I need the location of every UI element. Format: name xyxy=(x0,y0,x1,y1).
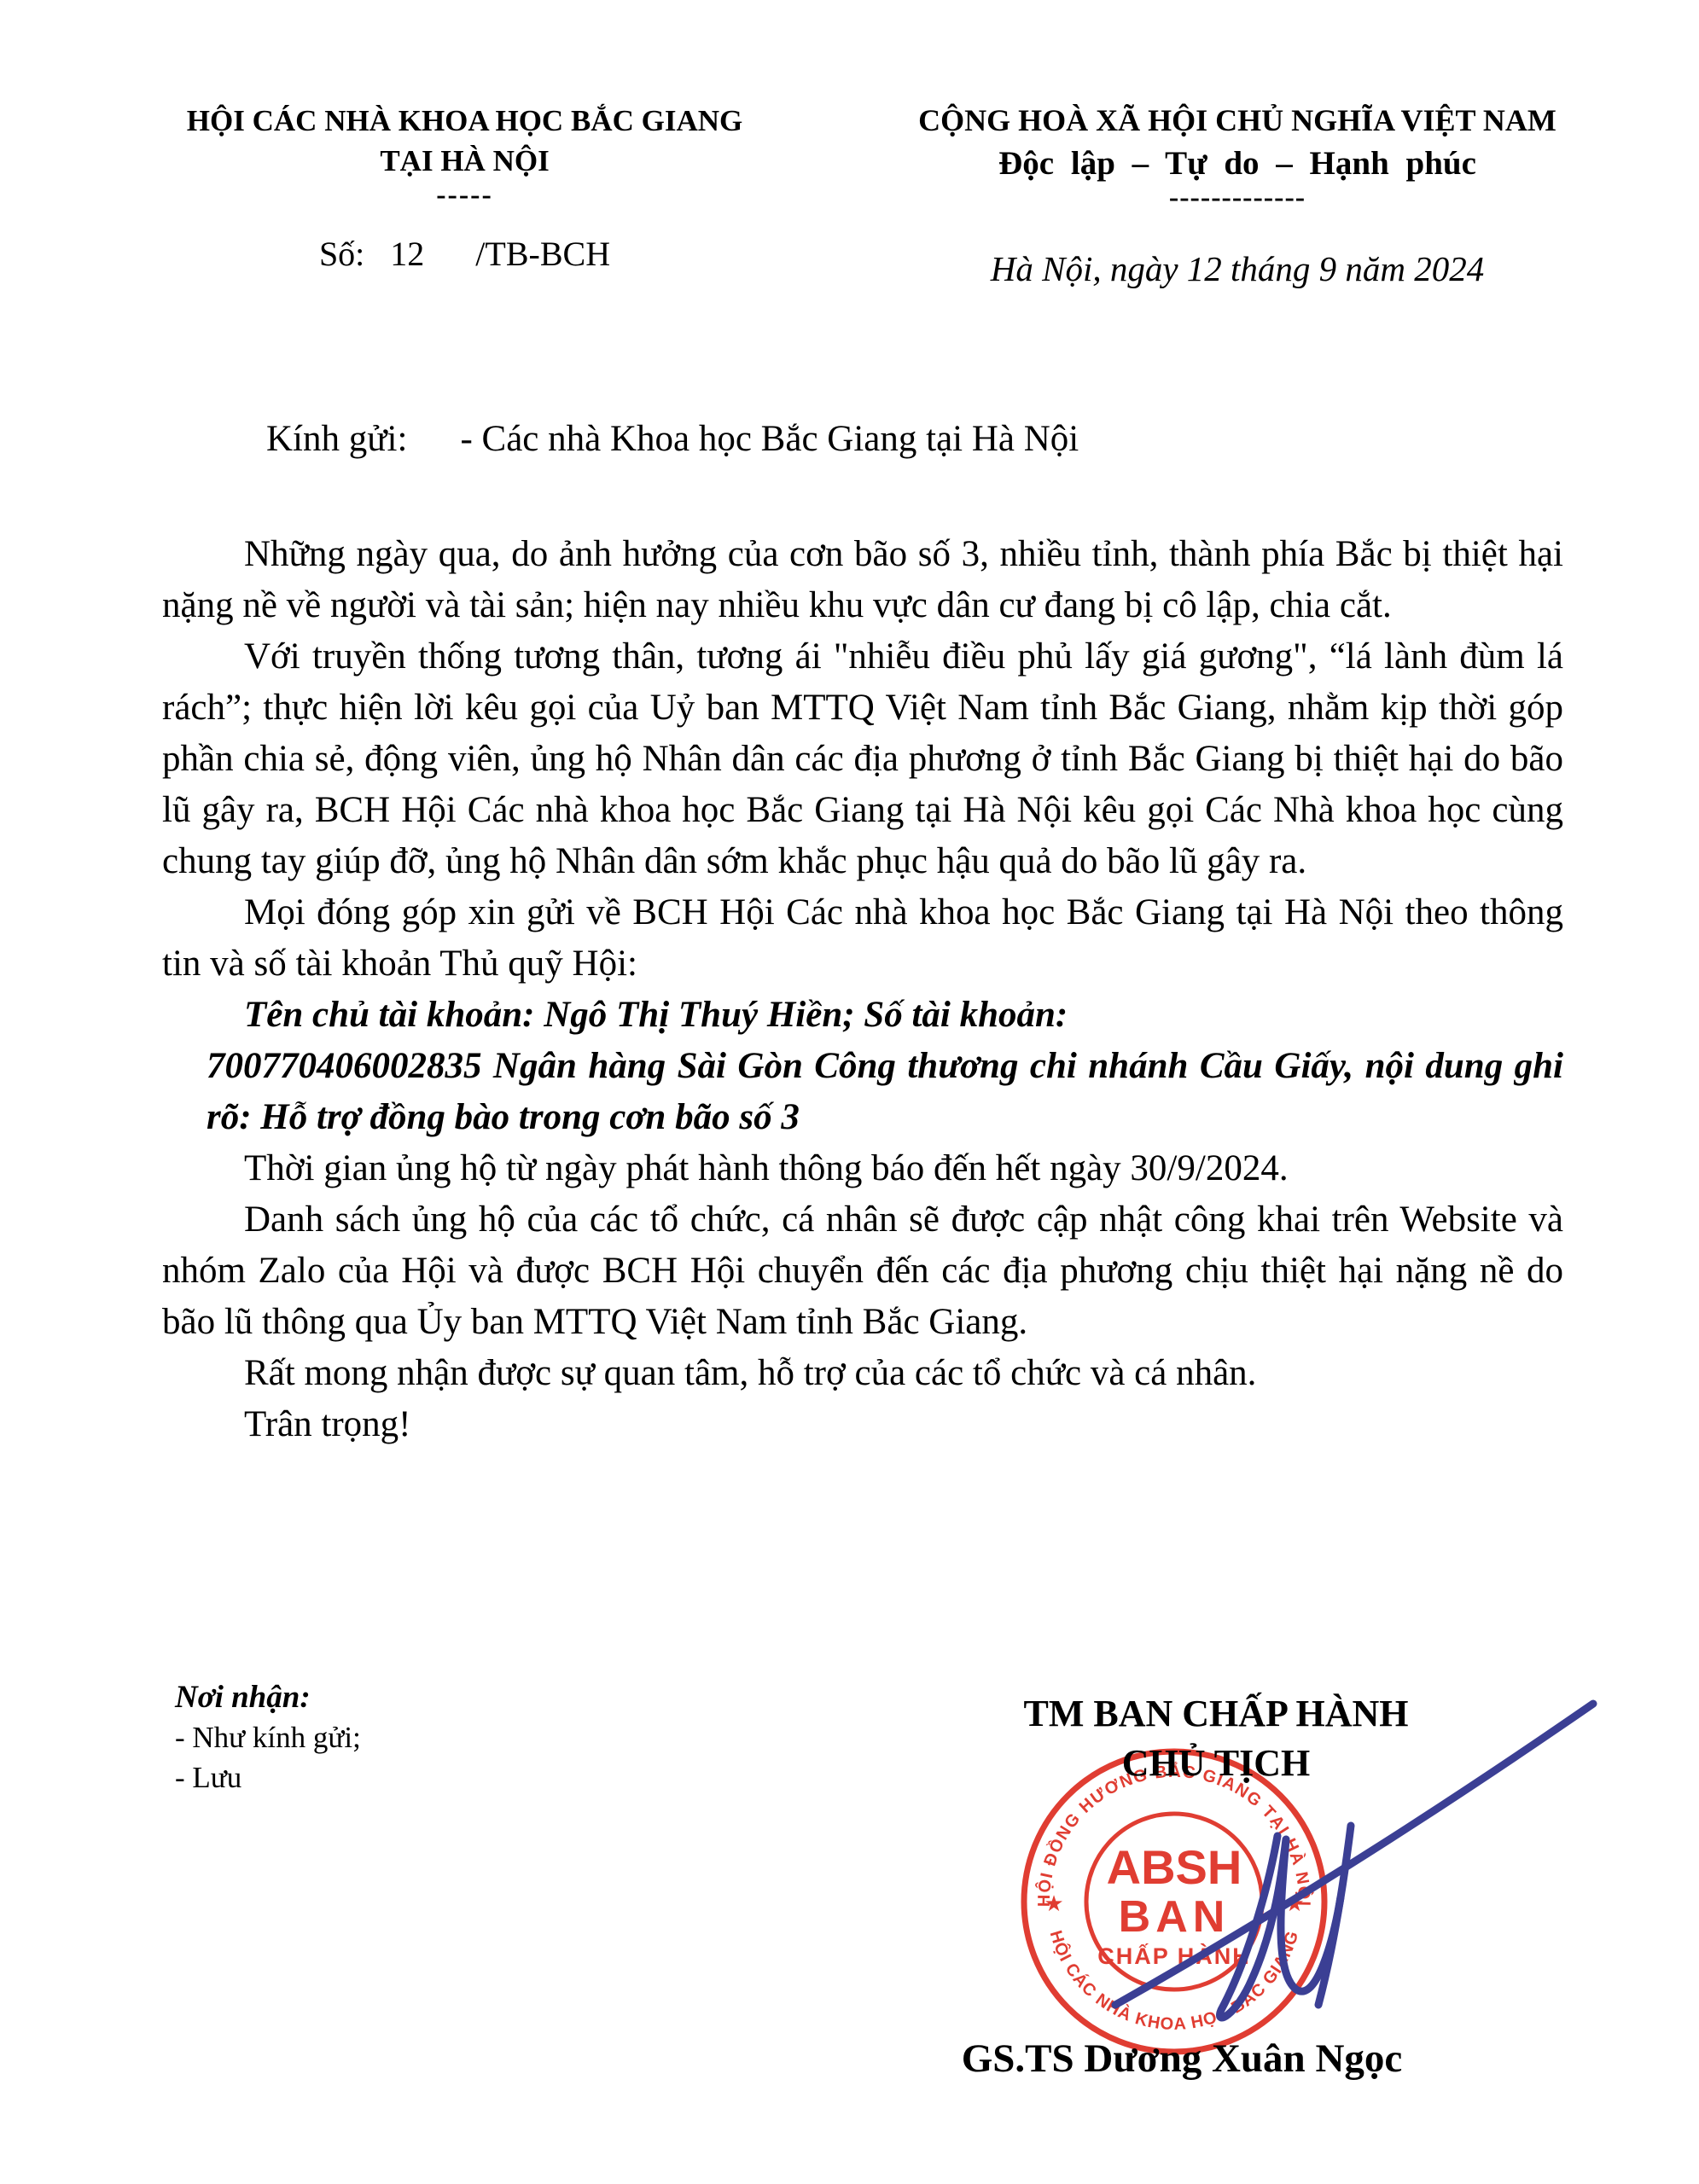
paragraph-closing: Trân trọng! xyxy=(162,1399,1563,1450)
org-name-line2: TẠI HÀ NỘI xyxy=(109,141,820,181)
bank-account-block: Tên chủ tài khoản: Ngô Thị Thuý Hiền; Số… xyxy=(207,990,1563,1143)
national-title: CỘNG HOÀ XÃ HỘI CHỦ NGHĨA VIỆT NAM xyxy=(820,101,1655,141)
motto-divider: ------------- xyxy=(820,187,1655,209)
document-header: HỘI CÁC NHÀ KHOA HỌC BẮC GIANG TẠI HÀ NỘ… xyxy=(109,101,1655,289)
paragraph-deadline: Thời gian ủng hộ từ ngày phát hành thông… xyxy=(162,1143,1563,1194)
handwritten-signature xyxy=(1062,1665,1626,2058)
salutation-recipient: - Các nhà Khoa học Bắc Giang tại Hà Nội xyxy=(460,418,1079,460)
bank-account-holder: Tên chủ tài khoản: Ngô Thị Thuý Hiền; Số… xyxy=(207,990,1563,1041)
salutation-line: Kính gửi:- Các nhà Khoa học Bắc Giang tạ… xyxy=(266,418,1079,460)
recipient-item: - Như kính gửi; xyxy=(175,1717,361,1757)
paragraph-donation-info: Mọi đóng góp xin gửi về BCH Hội Các nhà … xyxy=(162,887,1563,990)
stamp-star-left: ★ xyxy=(1044,1891,1063,1916)
issuing-org-block: HỘI CÁC NHÀ KHOA HỌC BẮC GIANG TẠI HÀ NỘ… xyxy=(109,101,820,289)
letter-body: Những ngày qua, do ảnh hưởng của cơn bão… xyxy=(162,529,1563,1450)
signature-tail-stroke xyxy=(1318,1826,1351,2005)
paragraph-storm-damage: Những ngày qua, do ảnh hưởng của cơn bão… xyxy=(162,529,1563,631)
signature-flourish-stroke xyxy=(1115,1704,1593,2005)
bank-account-details: 700770406002835 Ngân hàng Sài Gòn Công t… xyxy=(207,1041,1563,1143)
national-motto: Độc lập – Tự do – Hạnh phúc xyxy=(820,141,1655,187)
national-motto-block: CỘNG HOÀ XÃ HỘI CHỦ NGHĨA VIỆT NAM Độc l… xyxy=(820,101,1655,289)
paragraph-publication: Danh sách ủng hộ của các tổ chức, cá nhâ… xyxy=(162,1194,1563,1348)
document-number: Số: 12 /TB-BCH xyxy=(109,234,820,274)
org-name-line1: HỘI CÁC NHÀ KHOA HỌC BẮC GIANG xyxy=(109,101,820,141)
org-divider: ----- xyxy=(109,181,820,210)
signer-name: GS.TS Dương Xuân Ngọc xyxy=(841,2036,1523,2082)
document-page: HỘI CÁC NHÀ KHOA HỌC BẮC GIANG TẠI HÀ NỘ… xyxy=(0,0,1699,2184)
recipients-label: Nơi nhận: xyxy=(175,1677,361,1717)
paragraph-thanks: Rất mong nhận được sự quan tâm, hỗ trợ c… xyxy=(162,1348,1563,1399)
recipients-block: Nơi nhận: - Như kính gửi; - Lưu xyxy=(175,1677,361,1798)
salutation-label: Kính gửi: xyxy=(266,419,407,459)
recipient-item: - Lưu xyxy=(175,1757,361,1798)
place-date-line: Hà Nội, ngày 12 tháng 9 năm 2024 xyxy=(820,248,1655,289)
paragraph-appeal: Với truyền thống tương thân, tương ái "n… xyxy=(162,631,1563,887)
